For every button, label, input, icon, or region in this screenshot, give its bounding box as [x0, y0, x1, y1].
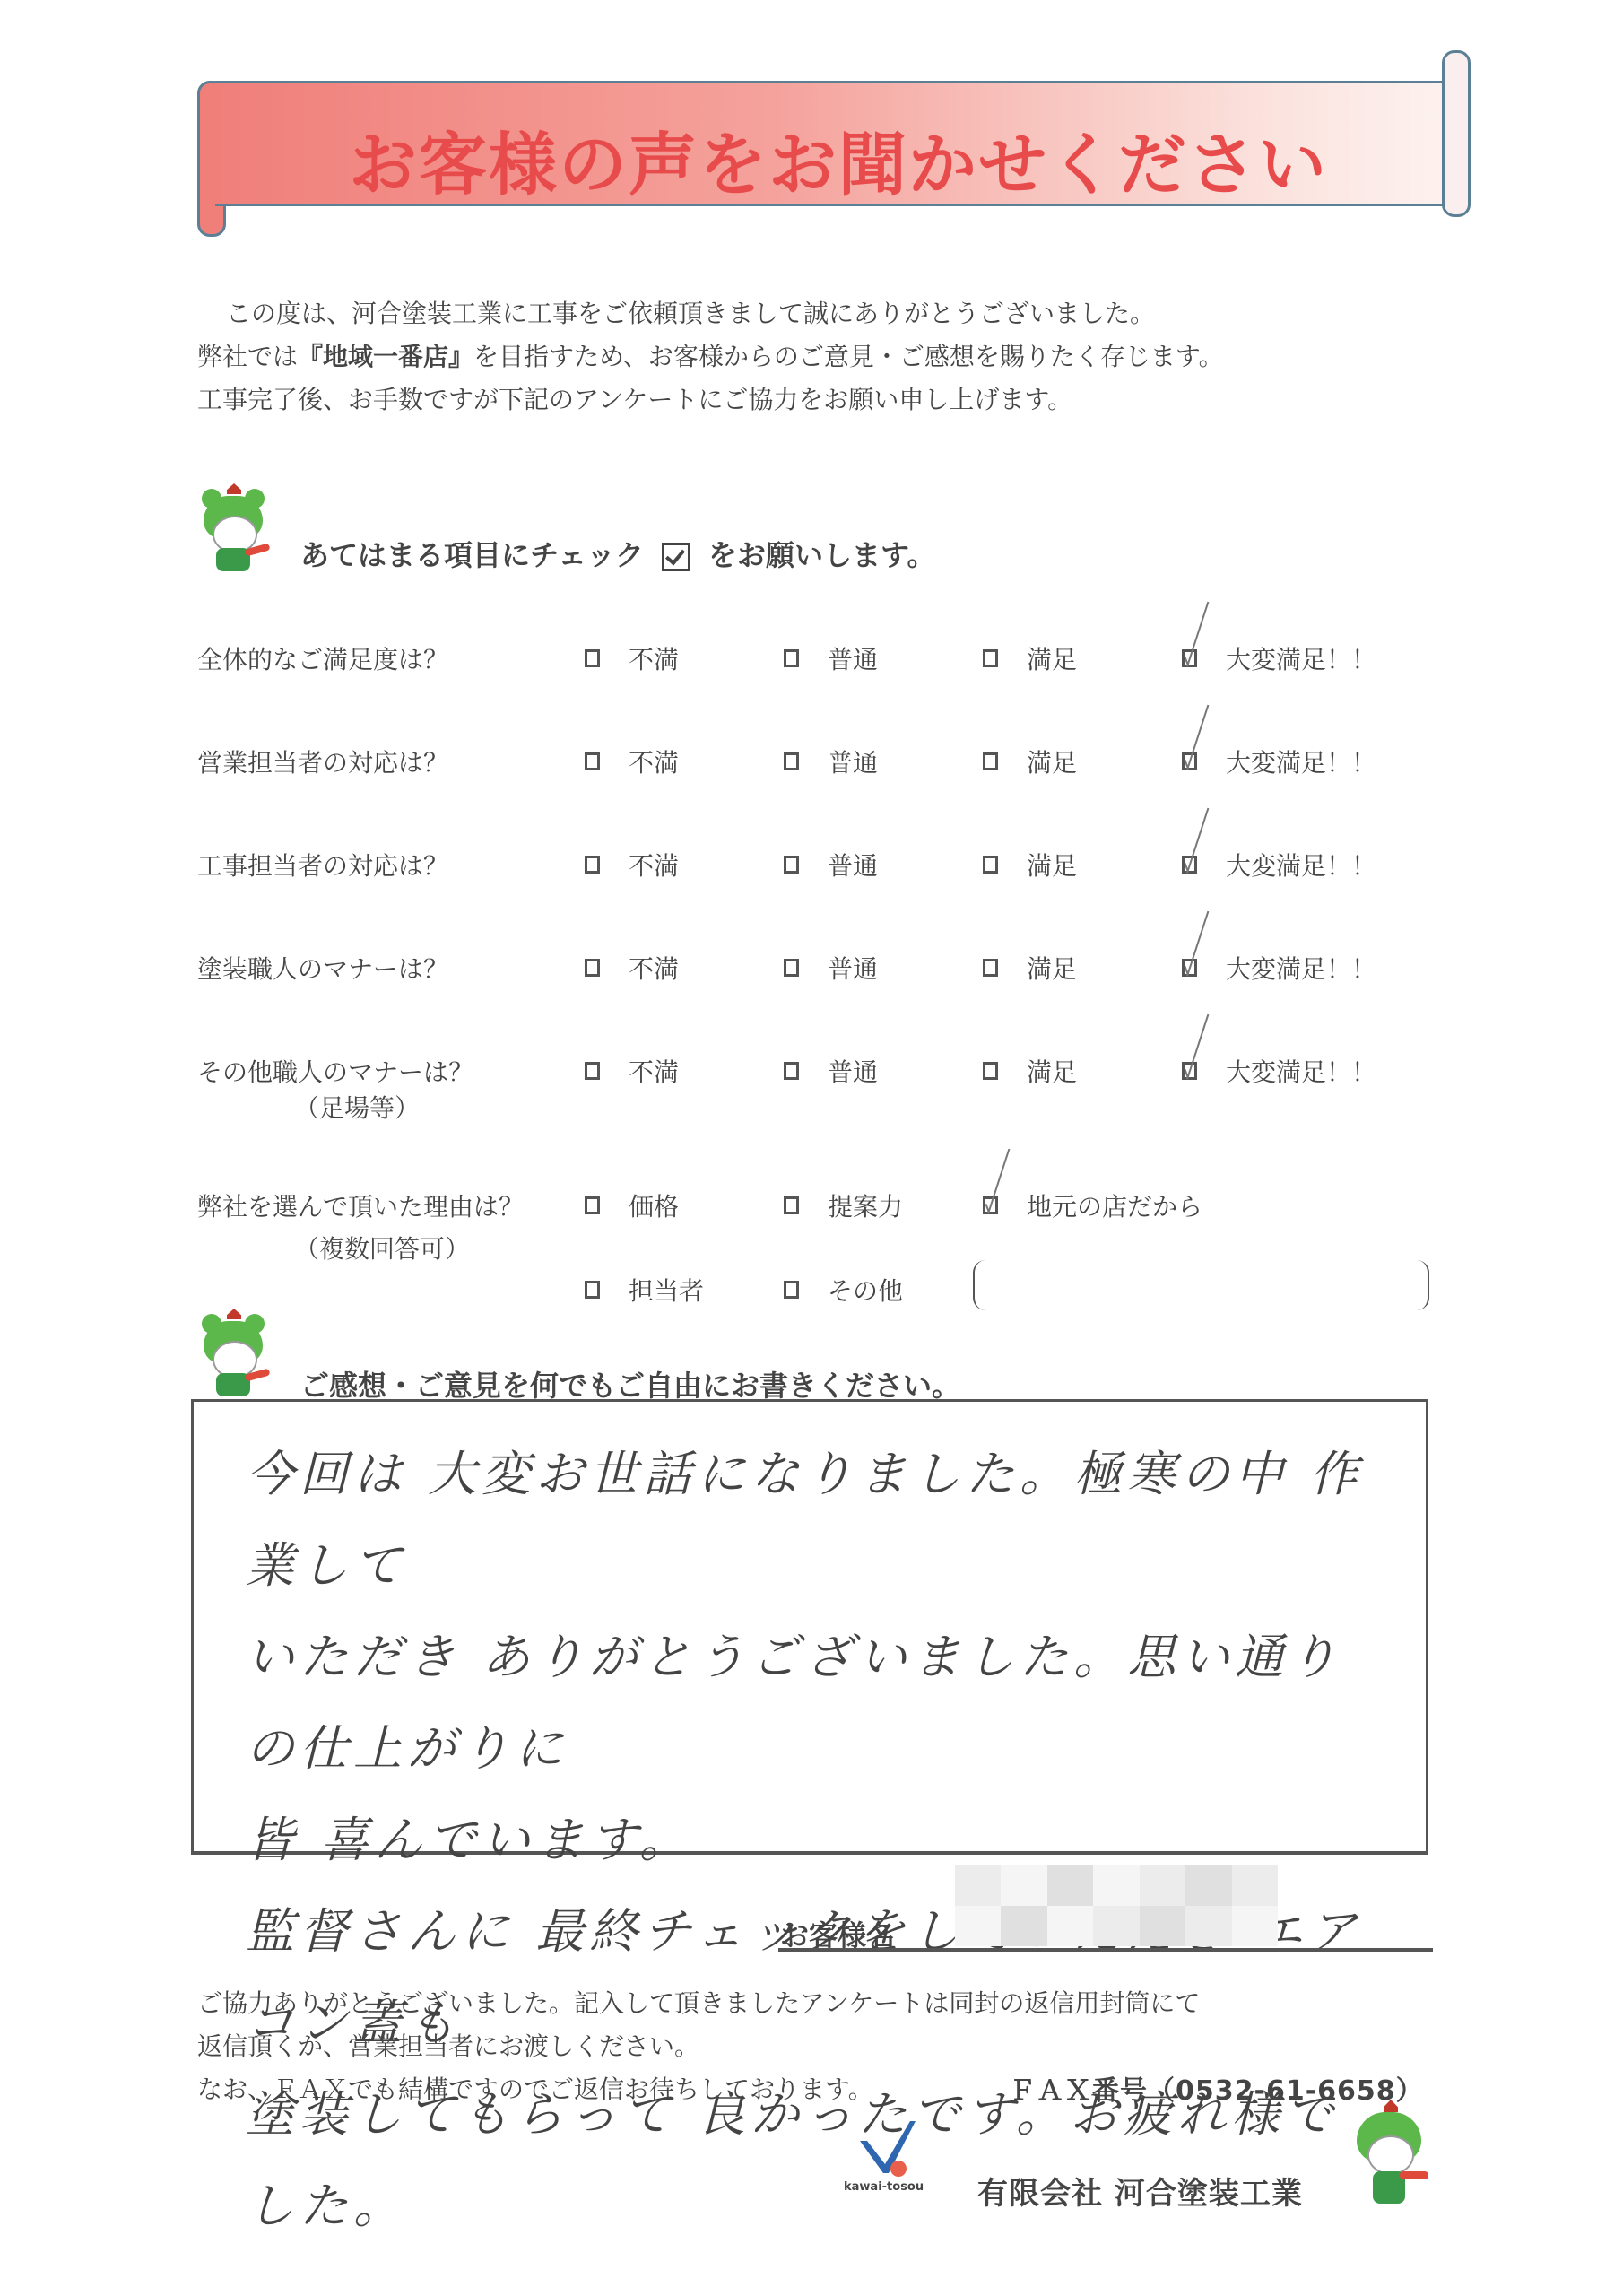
- handwritten-comment: 今回は 大変お世話になりました。極寒の中 作業して いただき ありがとうございま…: [246, 1429, 1390, 2252]
- checkbox[interactable]: [784, 1062, 799, 1080]
- checkbox[interactable]: [585, 1196, 600, 1214]
- checkbox[interactable]: [983, 856, 998, 874]
- checkbox[interactable]: [983, 649, 998, 667]
- intro-text: この度は、河合塗装工業に工事をご依頼頂きまして誠にありがとうございました。 弊社…: [197, 292, 1363, 422]
- redacted-customer-name: [955, 1865, 1278, 1946]
- checkbox[interactable]: [585, 959, 600, 977]
- question-label: 塗装職人のマナーは？: [197, 950, 448, 986]
- company-name: 有限会社 河合塗装工業: [977, 2169, 1303, 2213]
- rating-option[interactable]: 不満: [585, 950, 679, 986]
- rating-option[interactable]: 普通: [784, 1053, 878, 1089]
- checkbox[interactable]: [585, 1281, 600, 1299]
- title-banner: お客様の声をお聞かせください: [197, 70, 1471, 222]
- checkbox-checked-icon: [662, 543, 690, 571]
- checkbox[interactable]: [784, 856, 799, 874]
- instruction-heading: あてはまる項目にチェックをお願いします。: [300, 533, 936, 574]
- reason-sublabel: （複数回答可）: [294, 1230, 470, 1265]
- question-label: 全体的なご満足度は？: [197, 640, 448, 676]
- intro-line-2: 弊社では『地域一番店』を目指すため、お客様からのご意見・ご感想を賜りたく存じます…: [197, 335, 1363, 378]
- mascot-bowing-icon: [1350, 2103, 1430, 2211]
- mascot-icon: [193, 489, 273, 578]
- question-label: その他職人のマナーは？: [197, 1053, 473, 1089]
- checkbox-checked[interactable]: [1182, 752, 1197, 770]
- rating-option[interactable]: 大変満足！！: [1182, 950, 1376, 986]
- rating-option[interactable]: 普通: [784, 950, 878, 986]
- rating-option[interactable]: 不満: [585, 640, 679, 676]
- rating-option[interactable]: 満足: [983, 640, 1077, 676]
- question-sublabel: （足場等）: [294, 1089, 420, 1125]
- checkbox[interactable]: [585, 752, 600, 770]
- checkbox[interactable]: [784, 1196, 799, 1214]
- reason-option-proposal[interactable]: 提案力: [784, 1187, 903, 1223]
- checkbox[interactable]: [585, 856, 600, 874]
- rating-option[interactable]: 大変満足！！: [1182, 640, 1376, 676]
- checkbox-checked[interactable]: [1182, 856, 1197, 874]
- reason-option-local-shop[interactable]: 地元の店だから: [983, 1187, 1202, 1223]
- checkbox[interactable]: [983, 752, 998, 770]
- comments-textarea[interactable]: 今回は 大変お世話になりました。極寒の中 作業して いただき ありがとうございま…: [191, 1399, 1428, 1855]
- checkbox[interactable]: [983, 1062, 998, 1080]
- rating-option[interactable]: 満足: [983, 847, 1077, 883]
- reason-option-other[interactable]: その他: [784, 1272, 903, 1308]
- rating-option[interactable]: 大変満足！！: [1182, 847, 1376, 883]
- slogan: 『地域一番店』: [298, 342, 473, 371]
- other-reason-field[interactable]: [973, 1260, 1429, 1310]
- rating-option[interactable]: 普通: [784, 744, 878, 779]
- rating-option[interactable]: 普通: [784, 640, 878, 676]
- checkbox[interactable]: [585, 1062, 600, 1080]
- customer-name-field[interactable]: [778, 1948, 1433, 1952]
- logo-text: kawai-tosou: [844, 2180, 924, 2194]
- rating-option[interactable]: 不満: [585, 1053, 679, 1089]
- banner-body: お客様の声をお聞かせください: [215, 81, 1462, 206]
- banner-scroll-right: [1442, 50, 1471, 217]
- rating-option[interactable]: 満足: [983, 950, 1077, 986]
- rating-option[interactable]: 満足: [983, 1053, 1077, 1089]
- page-title: お客様の声をお聞かせください: [215, 110, 1462, 208]
- question-label: 工事担当者の対応は？: [197, 847, 448, 883]
- reason-label: 弊社を選んで頂いた理由は？: [197, 1187, 524, 1223]
- rating-option[interactable]: 大変満足！！: [1182, 744, 1376, 779]
- checkbox[interactable]: [784, 649, 799, 667]
- intro-line-3: 工事完了後、お手数ですが下記のアンケートにご協力をお願い申し上げます。: [197, 378, 1363, 422]
- checkbox-checked[interactable]: [1182, 959, 1197, 977]
- rating-option[interactable]: 満足: [983, 744, 1077, 779]
- rating-option[interactable]: 大変満足！！: [1182, 1053, 1376, 1089]
- reason-option-price[interactable]: 価格: [585, 1187, 679, 1223]
- fax-number: ＦＡＸ番号（0532-61-6658）: [1009, 2068, 1424, 2108]
- checkbox[interactable]: [784, 1281, 799, 1299]
- red-dot-icon: [890, 2161, 907, 2177]
- checkbox[interactable]: [784, 959, 799, 977]
- checkbox-checked[interactable]: [1182, 1062, 1197, 1080]
- checkbox[interactable]: [983, 959, 998, 977]
- reason-option-staff[interactable]: 担当者: [585, 1272, 704, 1308]
- intro-line-1: この度は、河合塗装工業に工事をご依頼頂きまして誠にありがとうございました。: [197, 292, 1363, 335]
- checkmark-logo-icon: [856, 2121, 919, 2175]
- checkbox-checked[interactable]: [983, 1196, 998, 1214]
- mascot-icon: [193, 1314, 273, 1404]
- checkbox[interactable]: [585, 649, 600, 667]
- rating-option[interactable]: 不満: [585, 847, 679, 883]
- checkbox[interactable]: [784, 752, 799, 770]
- checkbox-checked[interactable]: [1182, 649, 1197, 667]
- rating-option[interactable]: 不満: [585, 744, 679, 779]
- rating-option[interactable]: 普通: [784, 847, 878, 883]
- company-logo: kawai-tosou: [847, 2121, 928, 2202]
- question-label: 営業担当者の対応は？: [197, 744, 448, 779]
